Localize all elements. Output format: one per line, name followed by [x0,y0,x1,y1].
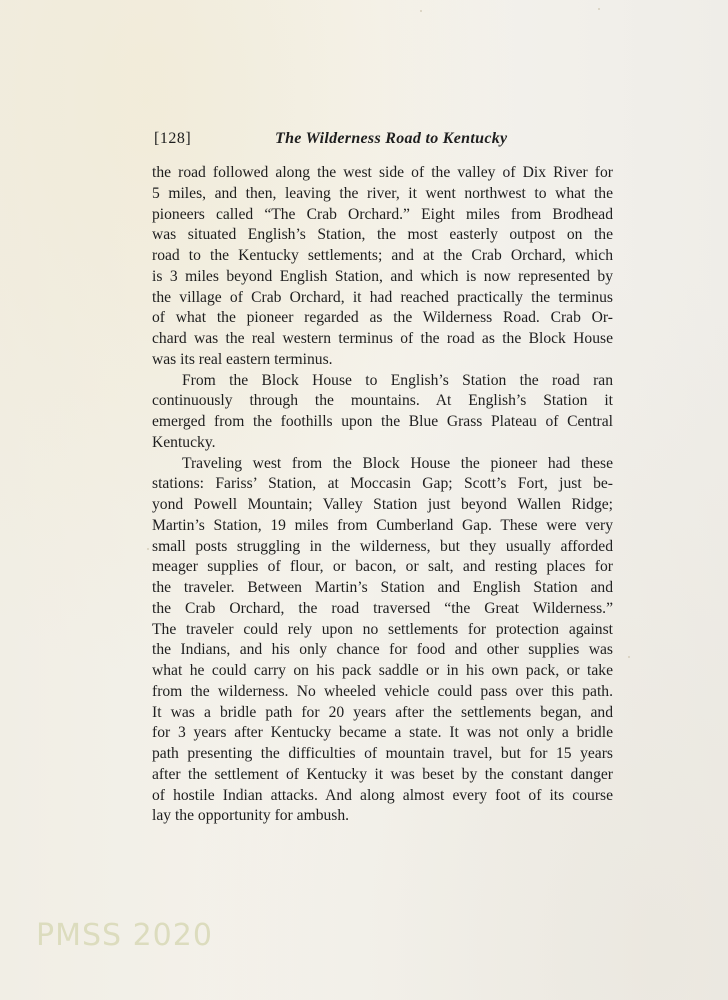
text-line: pioneers called “The Crab Orchard.” Eigh… [152,204,613,225]
text-line: was situated English’s Station, the most… [152,224,613,245]
text-line: the traveler. Between Martin’s Station a… [152,577,613,598]
paper-speck [628,656,630,658]
text-line: the Indians, and his only chance for foo… [152,639,613,660]
text-line: Martin’s Station, 19 miles from Cumberla… [152,515,613,536]
text-line: for 3 years after Kentucky became a stat… [152,722,613,743]
paper-speck [147,548,149,550]
text-line: Traveling west from the Block House the … [182,453,613,474]
text-line: what he could carry on his pack saddle o… [152,660,613,681]
text-line: stations: Fariss’ Station, at Moccasin G… [152,473,613,494]
text-line: It was a bridle path for 20 years after … [152,702,613,723]
watermark: PMSS 2020 [36,918,213,953]
text-line: continuously through the mountains. At E… [152,390,613,411]
text-line: of what the pioneer regarded as the Wild… [152,307,613,328]
text-line: The traveler could rely upon no settleme… [152,619,613,640]
text-line: the Crab Orchard, the road traversed “th… [152,598,613,619]
text-line: lay the opportunity for ambush. [152,805,613,826]
book-page: [128] The Wilderness Road to Kentucky th… [0,0,728,1000]
text-line: Kentucky. [152,432,613,453]
text-line: emerged from the foothills upon the Blue… [152,411,613,432]
text-line: chard was the real western terminus of t… [152,328,613,349]
text-line: road to the Kentucky settlements; and at… [152,245,613,266]
text-line: yond Powell Mountain; Valley Station jus… [152,494,613,515]
text-line: of hostile Indian attacks. And along alm… [152,785,613,806]
text-line: From the Block House to English’s Statio… [182,370,613,391]
paper-speck [598,8,600,10]
paper-speck [420,10,422,12]
text-line: meager supplies of flour, or bacon, or s… [152,556,613,577]
text-line: small posts struggling in the wilderness… [152,536,613,557]
text-line: from the wilderness. No wheeled vehicle … [152,681,613,702]
text-line: after the settlement of Kentucky it was … [152,764,613,785]
text-line: the road followed along the west side of… [152,162,613,183]
text-line: path presenting the difficulties of moun… [152,743,613,764]
page-header: [128] The Wilderness Road to Kentucky [152,130,612,152]
text-line: is 3 miles beyond English Station, and w… [152,266,613,287]
running-title: The Wilderness Road to Kentucky [275,130,507,148]
text-line: 5 miles, and then, leaving the river, it… [152,183,613,204]
text-line: was its real eastern terminus. [152,349,613,370]
text-line: the village of Crab Orchard, it had reac… [152,287,613,308]
page-number: [128] [154,130,191,148]
